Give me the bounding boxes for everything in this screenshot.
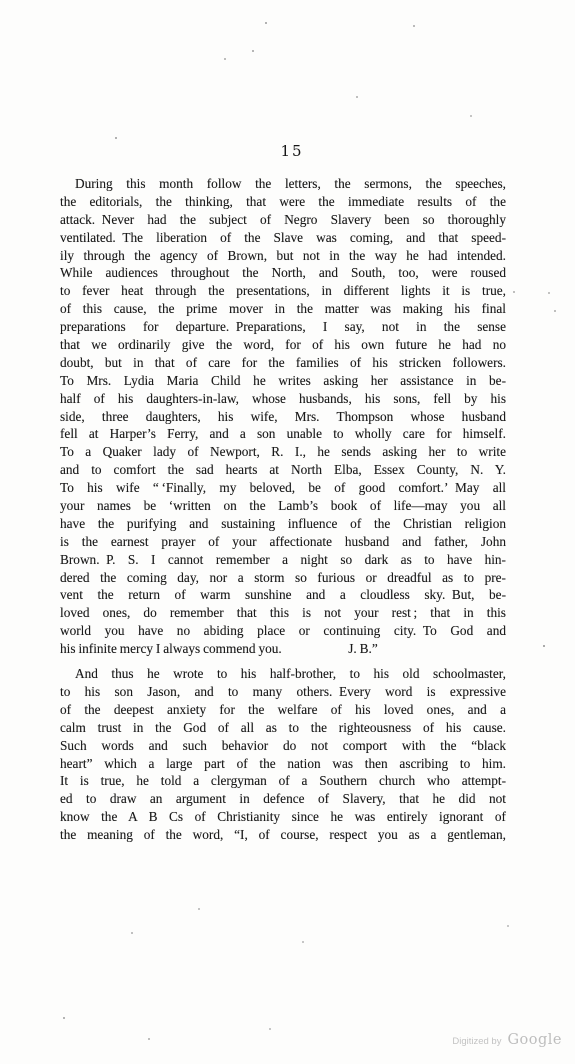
watermark-digitized-by-label: Digitized by (452, 1036, 501, 1047)
text-line: is the earnest prayer of your affectiona… (60, 533, 506, 551)
text-line: loved ones, do remember that this is not… (60, 604, 506, 622)
text-line: Brown. P. S. I cannot remember a night s… (60, 551, 506, 569)
text-line: that we ordinarily give the word, for of… (60, 336, 506, 354)
text-line: ily through the agency of Brown, but not… (60, 247, 506, 265)
text-line: To a Quaker lady of Newport, R. I., he s… (60, 443, 506, 461)
scan-speck-artifacts (0, 0, 2, 2)
text-line: doubt, but in that of care for the famil… (60, 354, 506, 372)
text-line: During this month follow the letters, th… (60, 175, 506, 193)
text-line: calm trust in the God of all as to the r… (60, 719, 506, 737)
text-line: side, three daughters, his wife, Mrs. Th… (60, 408, 506, 426)
text-line: To his wife “ ‘Finally, my beloved, be o… (60, 479, 506, 497)
text-line: While audiences throughout the North, an… (60, 264, 506, 282)
text-line: To Mrs. Lydia Maria Child he writes aski… (60, 372, 506, 390)
text-line: preparations for departure. Preparations… (60, 318, 506, 336)
text-line: your names be ‘written on the Lamb’s boo… (60, 497, 506, 515)
text-line: of this cause, the prime mover in the ma… (60, 300, 506, 318)
text-line: his infinite mercy I always commend you.… (60, 640, 506, 658)
text-line: to his son Jason, and to many others. Ev… (60, 683, 506, 701)
watermark: Digitized by Google (452, 1032, 562, 1048)
text-line: the editorials, the thinking, that were … (60, 193, 506, 211)
text-line: It is true, he told a clergyman of a Sou… (60, 772, 506, 790)
text-line: world you have no abiding place or conti… (60, 622, 506, 640)
text-line: attack. Never had the subject of Negro S… (60, 211, 506, 229)
text-line: have the purifying and sustaining influe… (60, 515, 506, 533)
text-line: the meaning of the word, “I, of course, … (60, 826, 506, 844)
text-line: and to comfort the sad hearts at North E… (60, 461, 506, 479)
text-block: During this month follow the letters, th… (60, 175, 506, 844)
text-line: of the deepest anxiety for the welfare o… (60, 701, 506, 719)
text-line: fell at Harper’s Ferry, and a son unable… (60, 425, 506, 443)
paragraph: And thus he wrote to his half-brother, t… (60, 665, 506, 844)
text-line: dered the coming day, nor a storm so fur… (60, 569, 506, 587)
paragraph: During this month follow the letters, th… (60, 175, 506, 658)
text-line: to fever heat through the presentations,… (60, 282, 506, 300)
text-line: know the A B Cs of Christianity since he… (60, 808, 506, 826)
watermark-google-logo: Google (507, 1032, 562, 1048)
text-line: vent the return of warm sunshine and a c… (60, 586, 506, 604)
text-line: heart” which a large part of the nation … (60, 755, 506, 773)
book-page: 15 During this month follow the letters,… (0, 0, 575, 1064)
text-line: ventilated. The liberation of the Slave … (60, 229, 506, 247)
text-line: Such words and such behavior do not comp… (60, 737, 506, 755)
page-number: 15 (62, 142, 522, 160)
text-line: ed to draw an argument in defence of Sla… (60, 790, 506, 808)
text-line: half of his daughters-in-law, whose husb… (60, 390, 506, 408)
text-line: And thus he wrote to his half-brother, t… (60, 665, 506, 683)
